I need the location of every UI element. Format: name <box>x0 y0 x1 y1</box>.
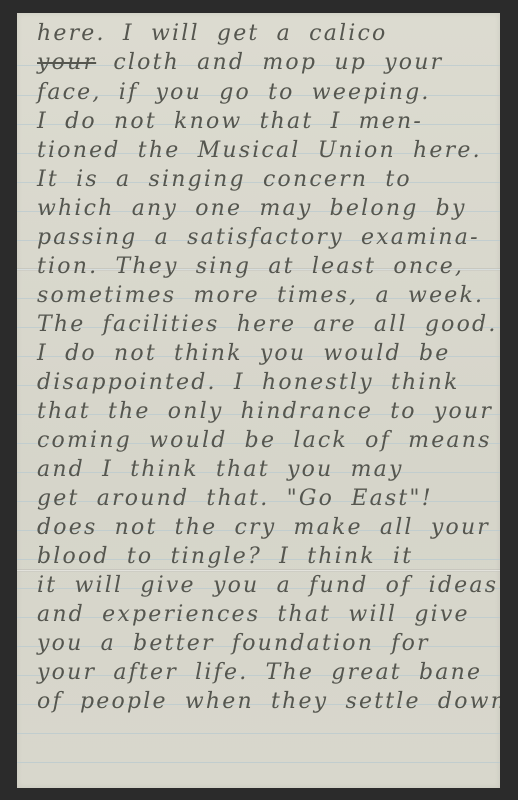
text-line: I do not know that I men- <box>37 108 490 136</box>
text-line: It is a singing concern to <box>37 166 490 194</box>
text-line: tion. They sing at least once, <box>37 253 490 281</box>
text-line: The facilities here are all good. <box>37 311 490 339</box>
text-line: that the only hindrance to your <box>37 398 490 426</box>
letter-paper: here. I will get a calico your cloth and… <box>17 13 500 788</box>
text-line: I do not think you would be <box>37 340 490 368</box>
line-text: cloth and mop up your <box>113 50 443 75</box>
text-line: you a better foundation for <box>37 630 490 658</box>
text-line: here. I will get a calico <box>37 20 490 48</box>
text-line: it will give you a fund of ideas <box>37 572 490 600</box>
text-line: your after life. The great bane <box>37 659 490 687</box>
text-line: blood to tingle? I think it <box>37 543 490 571</box>
text-line: get around that. "Go East"! <box>37 485 490 513</box>
text-line: disappointed. I honestly think <box>37 369 490 397</box>
text-line: passing a satisfactory examina- <box>37 224 490 252</box>
text-line: sometimes more times, a week. <box>37 282 490 310</box>
text-line: tioned the Musical Union here. <box>37 137 490 165</box>
text-line: coming would be lack of means <box>37 427 490 455</box>
text-line: face, if you go to weeping. <box>37 79 490 107</box>
text-line: your cloth and mop up your <box>37 49 490 77</box>
ruled-line <box>17 733 500 734</box>
ruled-line <box>17 762 500 763</box>
text-line: of people when they settle down <box>37 688 490 716</box>
text-line: and experiences that will give <box>37 601 490 629</box>
text-line: and I think that you may <box>37 456 490 484</box>
text-line: which any one may belong by <box>37 195 490 223</box>
text-line: does not the cry make all your <box>37 514 490 542</box>
struck-word: your <box>37 50 96 75</box>
scanned-page: here. I will get a calico your cloth and… <box>0 0 518 800</box>
